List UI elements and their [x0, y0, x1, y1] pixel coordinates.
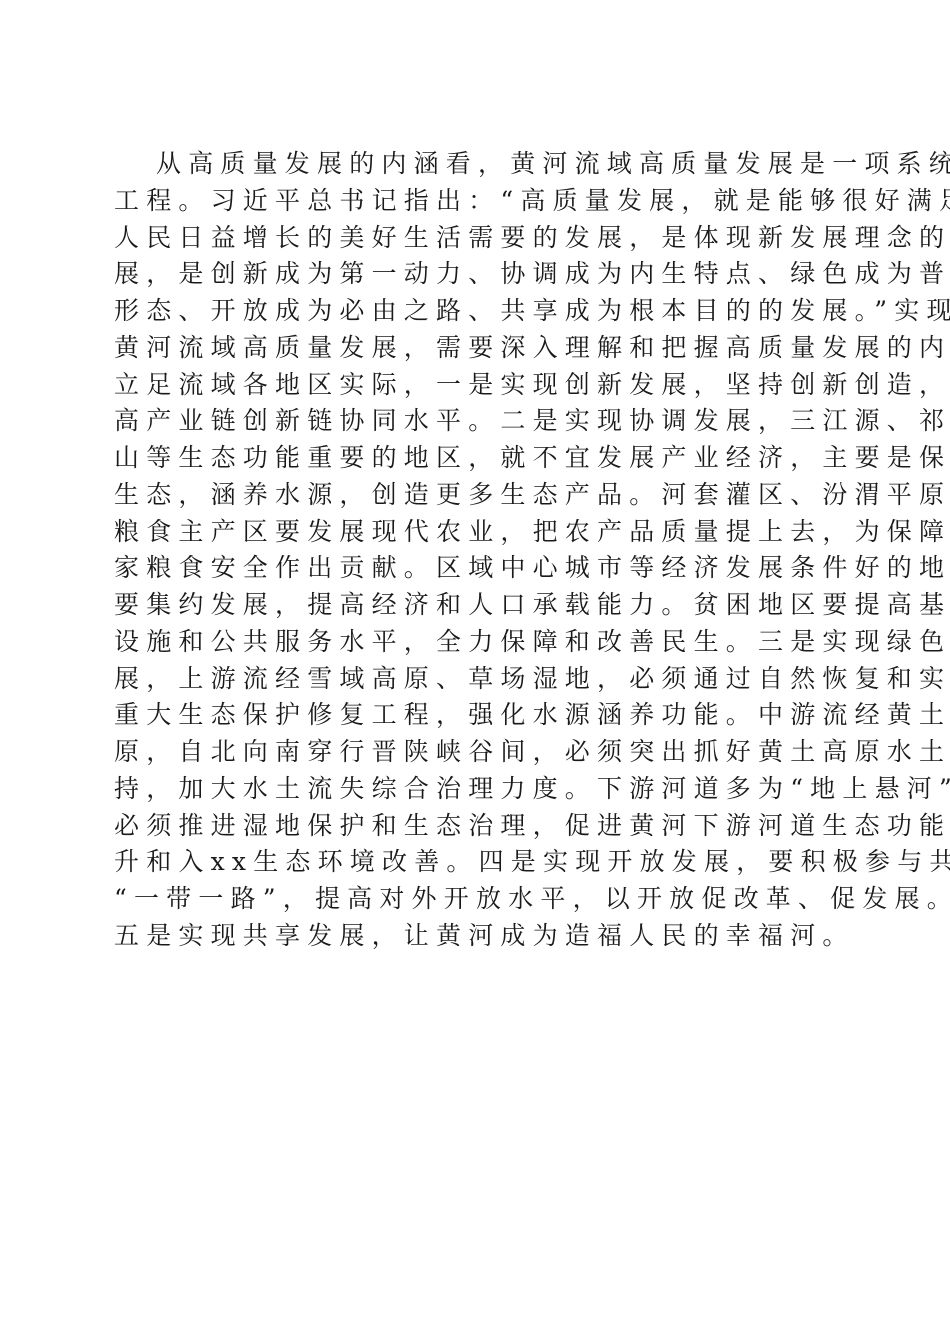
paragraph-line: 设施和公共服务水平，全力保障和改善民生。三是实现绿色发 — [114, 624, 854, 661]
paragraph-line: 从高质量发展的内涵看，黄河流域高质量发展是一项系统性 — [114, 146, 854, 183]
paragraph-line: 家粮食安全作出贡献。区域中心城市等经济发展条件好的地区 — [114, 550, 854, 587]
paragraph-line: 形态、开放成为必由之路、共享成为根本目的的发展。”实现 — [114, 293, 854, 330]
paragraph-line: 五是实现共享发展，让黄河成为造福人民的幸福河。 — [114, 918, 854, 955]
paragraph-line: 重大生态保护修复工程，强化水源涵养功能。中游流经黄土高 — [114, 697, 854, 734]
paragraph-line: “一带一路”，提高对外开放水平，以开放促改革、促发展。 — [114, 881, 854, 918]
paragraph-line: 展，上游流经雪域高原、草场湿地，必须通过自然恢复和实施 — [114, 661, 854, 698]
paragraph-line: 山等生态功能重要的地区，就不宜发展产业经济，主要是保护 — [114, 440, 854, 477]
paragraph-line: 原，自北向南穿行晋陕峡谷间，必须突出抓好黄土高原水土保 — [114, 734, 854, 771]
paragraph-line: 粮食主产区要发展现代农业，把农产品质量提上去，为保障国 — [114, 514, 854, 551]
paragraph-line: 升和入xx生态环境改善。四是实现开放发展，要积极参与共建 — [114, 844, 854, 881]
paragraph-line: 高产业链创新链协同水平。二是实现协调发展，三江源、祁连 — [114, 403, 854, 440]
paragraph-line: 工程。习近平总书记指出：“高质量发展，就是能够很好满足 — [114, 183, 854, 220]
paragraph-line: 必须推进湿地保护和生态治理，促进黄河下游河道生态功能提 — [114, 808, 854, 845]
paragraph-line: 展，是创新成为第一动力、协调成为内生特点、绿色成为普遍 — [114, 256, 854, 293]
body-paragraph: 从高质量发展的内涵看，黄河流域高质量发展是一项系统性 工程。习近平总书记指出：“… — [114, 146, 854, 955]
paragraph-line: 要集约发展，提高经济和人口承载能力。贫困地区要提高基础 — [114, 587, 854, 624]
paragraph-line: 立足流域各地区实际，一是实现创新发展，坚持创新创造，提 — [114, 367, 854, 404]
paragraph-line: 生态，涵养水源，创造更多生态产品。河套灌区、汾渭平原等 — [114, 477, 854, 514]
paragraph-line: 黄河流域高质量发展，需要深入理解和把握高质量发展的内涵， — [114, 330, 854, 367]
document-page: 从高质量发展的内涵看，黄河流域高质量发展是一项系统性 工程。习近平总书记指出：“… — [0, 0, 950, 1344]
paragraph-line: 持，加大水土流失综合治理力度。下游河道多为“地上悬河”， — [114, 771, 854, 808]
paragraph-line: 人民日益增长的美好生活需要的发展，是体现新发展理念的发 — [114, 220, 854, 257]
